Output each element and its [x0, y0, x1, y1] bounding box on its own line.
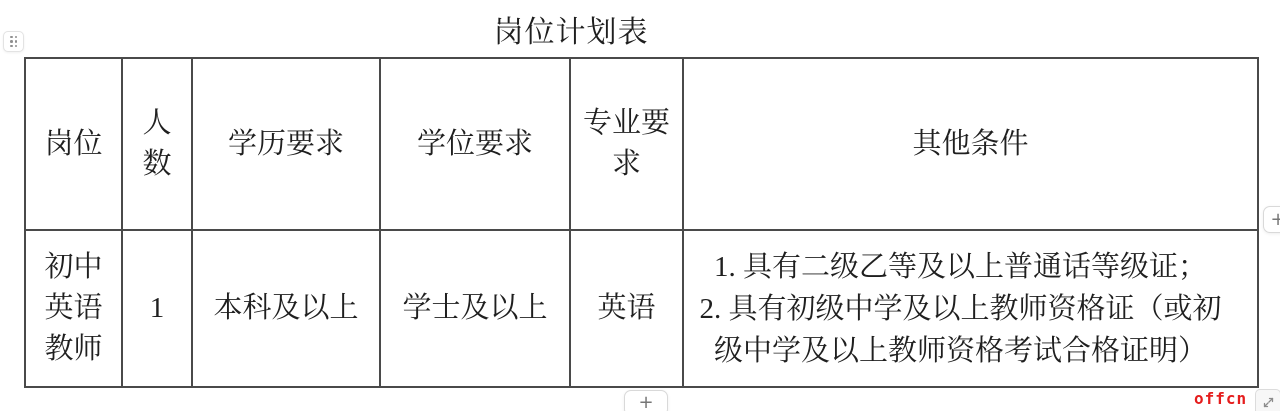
- condition-item-1: 1. 具有二级乙等及以上普通话等级证；: [696, 246, 1225, 288]
- drag-handle-icon: [10, 36, 17, 48]
- header-cell-count[interactable]: 人数: [122, 58, 192, 230]
- table-row: 初中英语教师 1 本科及以上 学士及以上 英语 1. 具有二级乙等及以上普通话等…: [25, 230, 1258, 387]
- cell-other-conditions[interactable]: 1. 具有二级乙等及以上普通话等级证； 2. 具有初级中学及以上教师资格证（或初…: [683, 230, 1258, 387]
- condition-item-2: 2. 具有初级中学及以上教师资格证（或初级中学及以上教师资格考试合格证明）: [696, 288, 1225, 372]
- cell-count[interactable]: 1: [122, 230, 192, 387]
- offcn-watermark: offcn: [1194, 389, 1247, 408]
- table-title[interactable]: 岗位计划表: [494, 7, 649, 51]
- header-cell-major[interactable]: 专业要求: [570, 58, 683, 230]
- job-plan-table: 岗位 人数 学历要求 学位要求 专业要求 其他条件 初中英语教师 1 本科及以上…: [24, 57, 1259, 388]
- cell-education[interactable]: 本科及以上: [192, 230, 380, 387]
- plus-icon: +: [1270, 211, 1280, 229]
- header-cell-degree[interactable]: 学位要求: [380, 58, 570, 230]
- plus-icon: +: [638, 394, 653, 411]
- cell-major[interactable]: 英语: [570, 230, 683, 387]
- header-cell-education[interactable]: 学历要求: [192, 58, 380, 230]
- header-cell-other[interactable]: 其他条件: [683, 58, 1258, 230]
- cell-degree[interactable]: 学士及以上: [380, 230, 570, 387]
- table-header-row: 岗位 人数 学历要求 学位要求 专业要求 其他条件: [25, 58, 1258, 230]
- add-row-button[interactable]: +: [624, 390, 668, 411]
- add-column-button[interactable]: +: [1263, 206, 1280, 233]
- resize-corner-button[interactable]: [1255, 389, 1280, 411]
- cell-position[interactable]: 初中英语教师: [25, 230, 122, 387]
- diagonal-expand-icon: [1262, 396, 1275, 409]
- header-cell-position[interactable]: 岗位: [25, 58, 122, 230]
- table-drag-handle[interactable]: [3, 31, 24, 52]
